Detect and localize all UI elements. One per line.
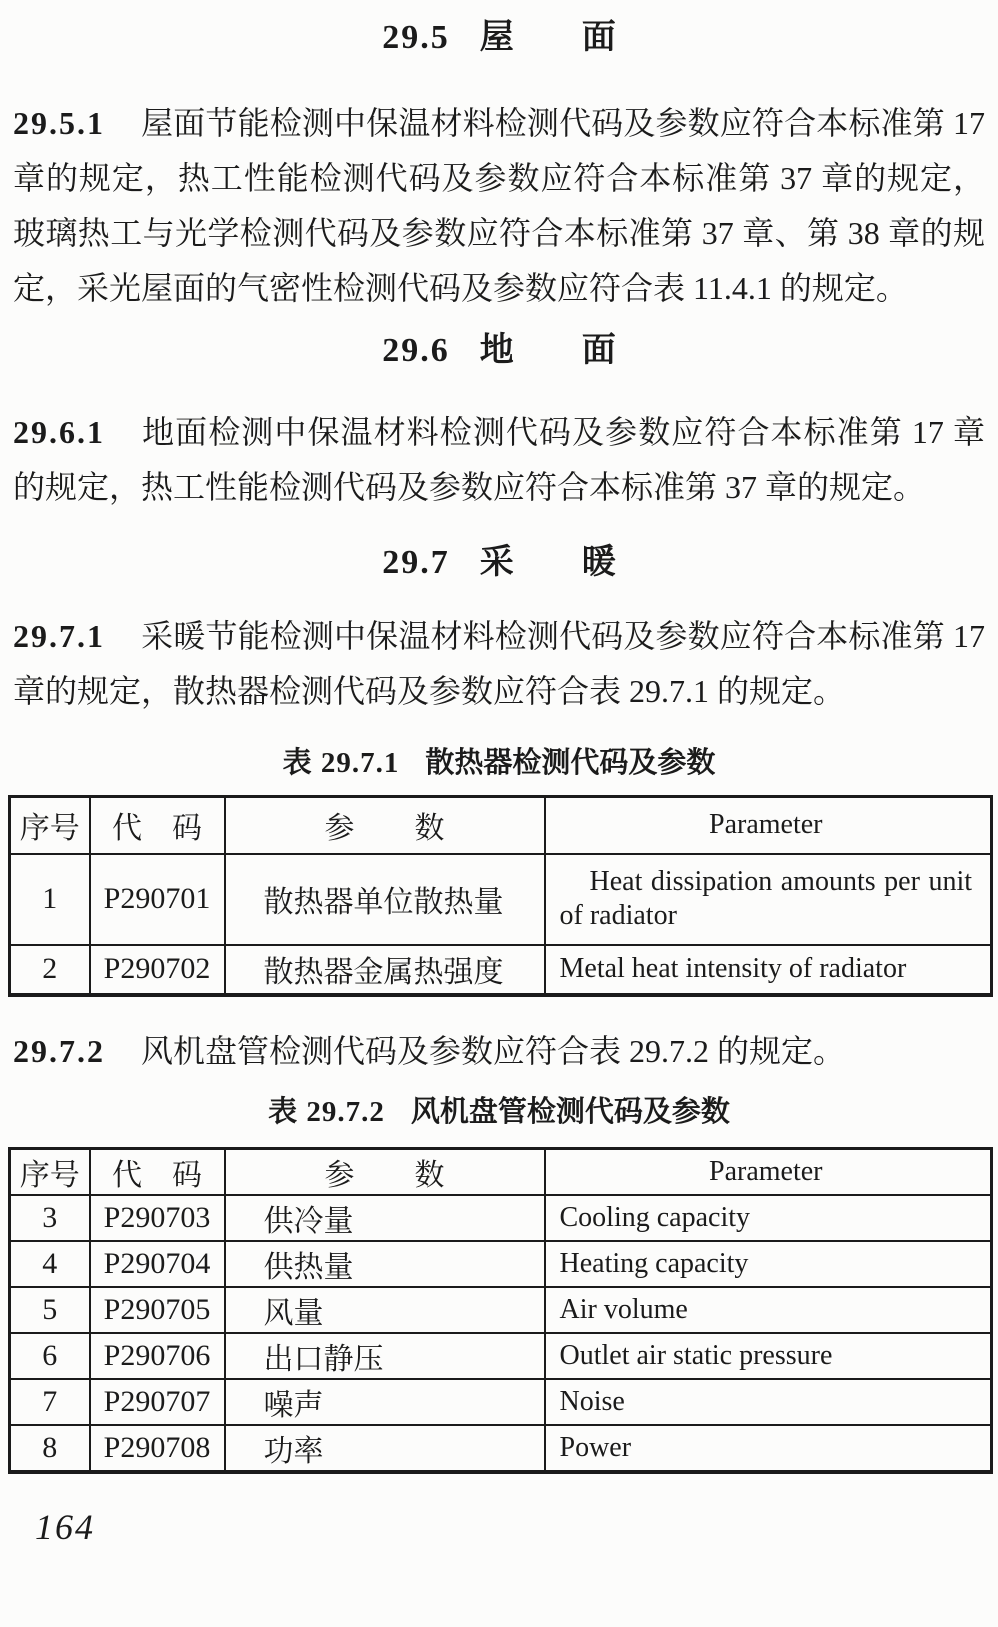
cell-code: P290708	[90, 1425, 225, 1472]
clause-29-5-1: 29.5.1屋面节能检测中保温材料检测代码及参数应符合本标准第 17 章的规定，…	[13, 96, 985, 316]
table-caption-number: 表 29.7.1	[283, 747, 400, 779]
header-cell-code: 代 码	[90, 1148, 225, 1195]
table-29-7-1-caption: 表 29.7.1散热器检测代码及参数	[13, 745, 985, 781]
cell-code: P290705	[90, 1287, 225, 1333]
cell-seq: 3	[10, 1195, 90, 1241]
cell-seq: 1	[10, 854, 90, 945]
header-cell-seq: 序号	[10, 797, 90, 854]
table-29-7-2-caption: 表 29.7.2风机盘管检测代码及参数	[13, 1094, 985, 1130]
cell-seq: 5	[10, 1287, 90, 1333]
cell-param-cn: 散热器单位散热量	[225, 854, 545, 945]
cell-param-cn: 散热器金属热强度	[225, 945, 545, 995]
clause-text: 地面检测中保温材料检测代码及参数应符合本标准第 17 章的规定，热工性能检测代码…	[13, 414, 985, 505]
cell-param-cn: 噪声	[225, 1379, 545, 1425]
table-29-7-2: 序号 代 码 参 数 Parameter 3 P290703 供冷量 Cooli…	[8, 1147, 993, 1474]
table-header-row: 序号 代 码 参 数 Parameter	[10, 1148, 992, 1195]
cell-param-en: Noise	[545, 1379, 992, 1425]
clause-29-6-1: 29.6.1地面检测中保温材料检测代码及参数应符合本标准第 17 章的规定，热工…	[13, 405, 985, 515]
clause-29-7-1: 29.7.1采暖节能检测中保温材料检测代码及参数应符合本标准第 17 章的规定，…	[13, 609, 985, 719]
header-cell-seq: 序号	[10, 1148, 90, 1195]
cell-param-en: Power	[545, 1425, 992, 1472]
clause-number: 29.6.1	[13, 414, 105, 450]
clause-text: 风机盘管检测代码及参数应符合表 29.7.2 的规定。	[141, 1033, 845, 1069]
header-cell-code: 代 码	[90, 797, 225, 854]
section-title: 屋 面	[480, 19, 616, 56]
table-row: 5 P290705 风量 Air volume	[10, 1287, 992, 1333]
cell-code: P290703	[90, 1195, 225, 1241]
cell-param-en: Outlet air static pressure	[545, 1333, 992, 1379]
table-29-7-1: 序号 代 码 参 数 Parameter 1 P290701 散热器单位散热量 …	[8, 795, 993, 997]
table-row: 1 P290701 散热器单位散热量 Heat dissipation amou…	[10, 854, 992, 945]
section-number: 29.6	[382, 332, 450, 369]
cell-param-cn: 功率	[225, 1425, 545, 1472]
cell-code: P290701	[90, 854, 225, 945]
cell-code: P290702	[90, 945, 225, 995]
cell-param-cn: 供热量	[225, 1241, 545, 1287]
cell-param-en: Air volume	[545, 1287, 992, 1333]
cell-param-en: Heating capacity	[545, 1241, 992, 1287]
section-title: 采 暖	[480, 544, 616, 581]
table-caption-title: 散热器检测代码及参数	[425, 747, 715, 779]
cell-param-en: Heat dissipation amounts per unit of rad…	[545, 854, 992, 945]
cell-param-cn: 风量	[225, 1287, 545, 1333]
clause-text: 屋面节能检测中保温材料检测代码及参数应符合本标准第 17 章的规定，热工性能检测…	[13, 105, 985, 306]
clause-number: 29.5.1	[13, 105, 105, 141]
document-page: 29.5屋 面 29.5.1屋面节能检测中保温材料检测代码及参数应符合本标准第 …	[0, 0, 998, 1627]
table-caption-title: 风机盘管检测代码及参数	[411, 1096, 730, 1128]
cell-param-en: Metal heat intensity of radiator	[545, 945, 992, 995]
table-row: 2 P290702 散热器金属热强度 Metal heat intensity …	[10, 945, 992, 995]
cell-seq: 6	[10, 1333, 90, 1379]
cell-seq: 4	[10, 1241, 90, 1287]
clause-text: 采暖节能检测中保温材料检测代码及参数应符合本标准第 17 章的规定，散热器检测代…	[13, 618, 985, 709]
section-number: 29.5	[382, 19, 450, 56]
table-caption-number: 表 29.7.2	[268, 1096, 385, 1128]
header-cell-param-en: Parameter	[545, 797, 992, 854]
header-cell-param-en: Parameter	[545, 1148, 992, 1195]
clause-number: 29.7.2	[13, 1033, 105, 1069]
page-number: 164	[35, 1506, 985, 1548]
section-title: 地 面	[480, 332, 616, 369]
header-cell-param-cn: 参 数	[225, 797, 545, 854]
cell-code: P290707	[90, 1379, 225, 1425]
table-row: 3 P290703 供冷量 Cooling capacity	[10, 1195, 992, 1241]
table-row: 6 P290706 出口静压 Outlet air static pressur…	[10, 1333, 992, 1379]
cell-param-en: Cooling capacity	[545, 1195, 992, 1241]
section-heading-29-6: 29.6地 面	[13, 331, 985, 371]
section-heading-29-5: 29.5屋 面	[13, 18, 985, 58]
cell-param-cn: 供冷量	[225, 1195, 545, 1241]
cell-code: P290706	[90, 1333, 225, 1379]
header-cell-param-cn: 参 数	[225, 1148, 545, 1195]
table-header-row: 序号 代 码 参 数 Parameter	[10, 797, 992, 854]
clause-number: 29.7.1	[13, 618, 105, 654]
table-row: 7 P290707 噪声 Noise	[10, 1379, 992, 1425]
cell-seq: 8	[10, 1425, 90, 1472]
cell-param-cn: 出口静压	[225, 1333, 545, 1379]
clause-29-7-2: 29.7.2风机盘管检测代码及参数应符合表 29.7.2 的规定。	[13, 1024, 985, 1079]
table-row: 8 P290708 功率 Power	[10, 1425, 992, 1472]
cell-seq: 2	[10, 945, 90, 995]
section-number: 29.7	[382, 544, 450, 581]
cell-code: P290704	[90, 1241, 225, 1287]
section-heading-29-7: 29.7采 暖	[13, 543, 985, 583]
table-row: 4 P290704 供热量 Heating capacity	[10, 1241, 992, 1287]
cell-seq: 7	[10, 1379, 90, 1425]
